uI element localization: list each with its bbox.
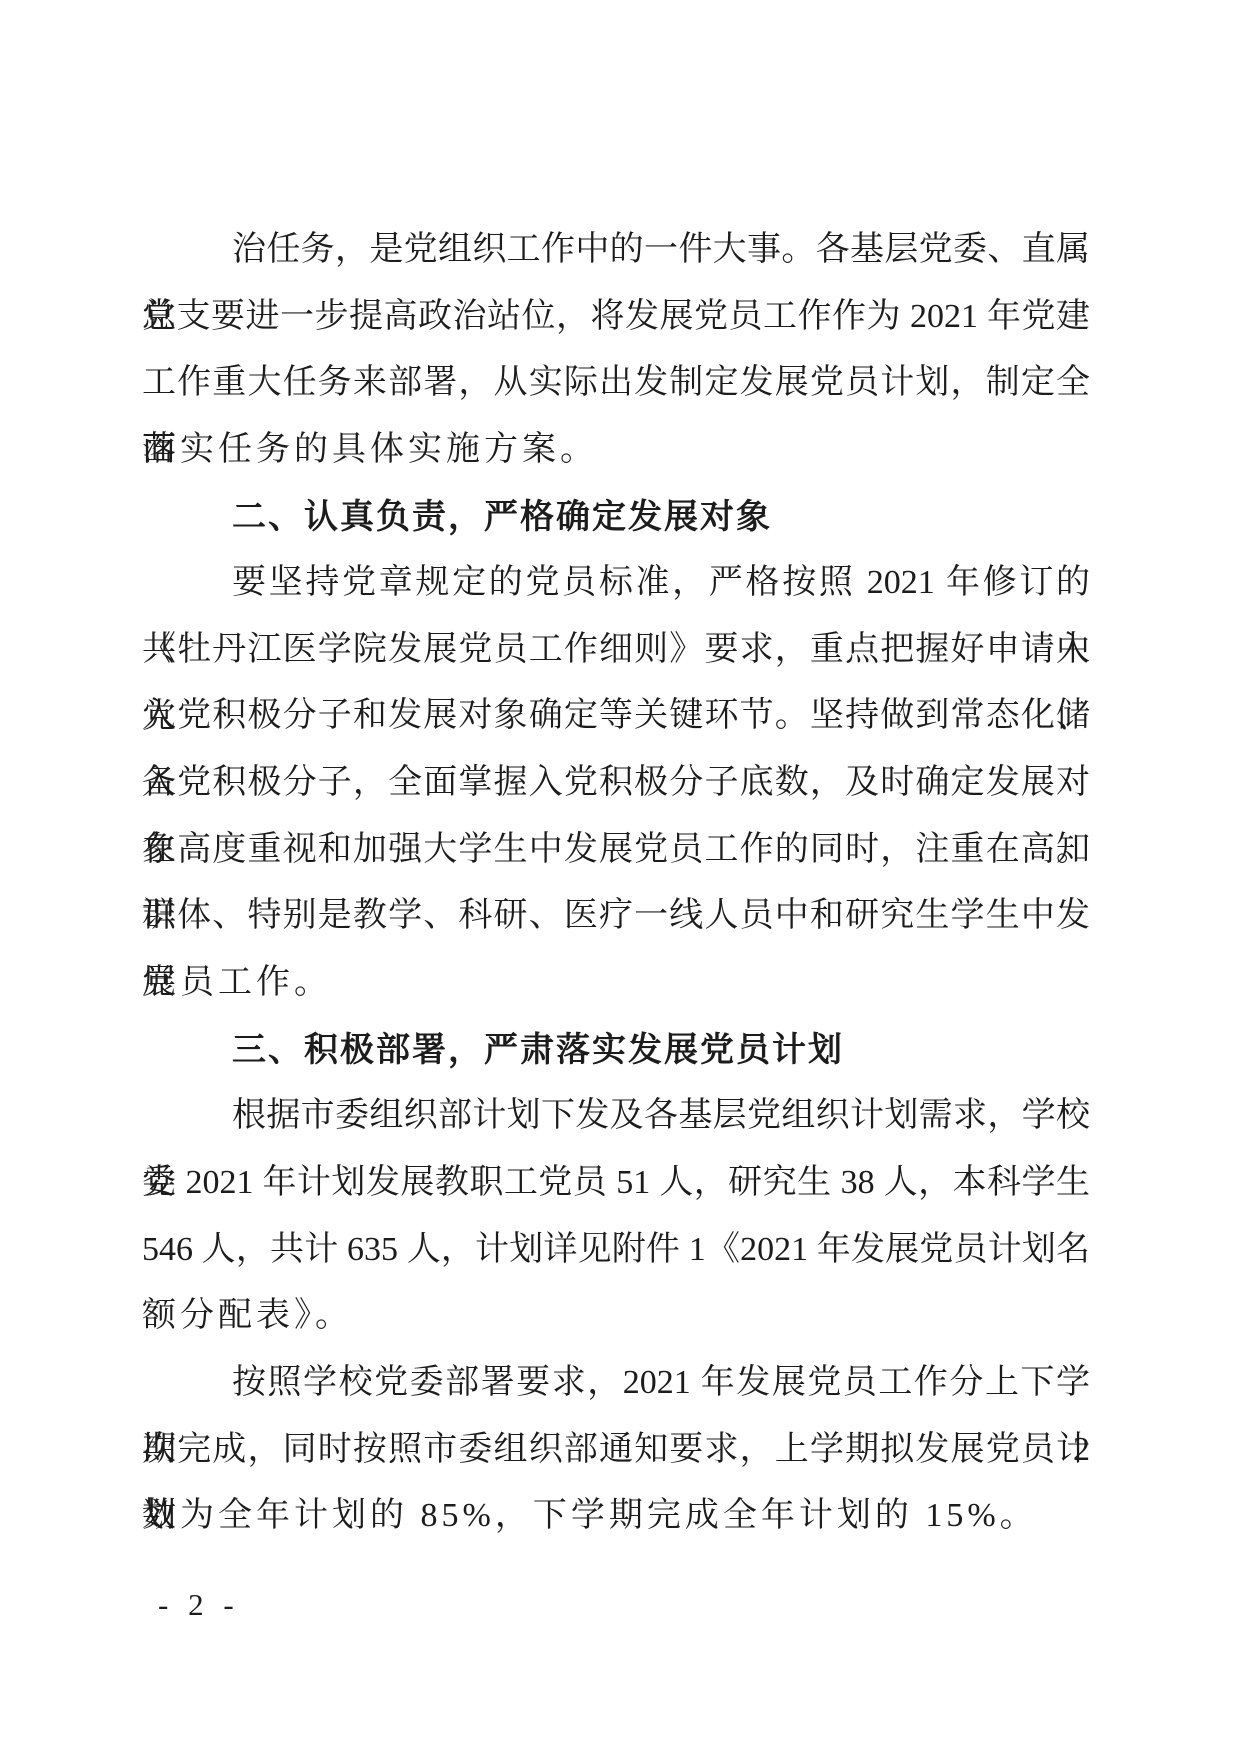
page-number: - 2 - — [158, 1585, 234, 1625]
paragraph-line: 根据市委组织部计划下发及各基层党组织计划需求，学校党 — [142, 1083, 1090, 1150]
paragraph-line: 在高度重视和加强大学生中发展党员工作的同时，注重在高知识 — [142, 817, 1090, 884]
paragraph-line: 共牡丹江医学院发展党员工作细则》要求，重点把握好申请入党、 — [142, 617, 1090, 684]
section-heading: 二、认真负责，严格确定发展对象 — [142, 484, 1090, 551]
paragraph-line: 工作重大任务来部署，从实际出发制定发展党员计划，制定全面 — [142, 350, 1090, 417]
document-page: 治任务，是党组织工作中的一件大事。各基层党委、直属党总支要进一步提高政治站位，将… — [0, 0, 1240, 1754]
paragraph-line: 数为全年计划的 85%，下学期完成全年计划的 15%。 — [142, 1483, 1090, 1550]
paragraph-line: 按照学校党委部署要求，2021 年发展党员工作分上下学期 2 — [142, 1350, 1090, 1417]
paragraph-line: 群体、特别是教学、科研、医疗一线人员中和研究生学生中发展 — [142, 883, 1090, 950]
section-heading: 三、积极部署，严肃落实发展党员计划 — [142, 1017, 1090, 1084]
paragraph-line: 入党积极分子，全面掌握入党积极分子底数，及时确定发展对象。 — [142, 750, 1090, 817]
paragraph-line: 要坚持党章规定的党员标准，严格按照 2021 年修订的《中 — [142, 550, 1090, 617]
document-body: 治任务，是党组织工作中的一件大事。各基层党委、直属党总支要进一步提高政治站位，将… — [142, 217, 1090, 1550]
paragraph-line: 入党积极分子和发展对象确定等关键环节。坚持做到常态化储备 — [142, 683, 1090, 750]
paragraph-line: 落实任务的具体实施方案。 — [142, 417, 1090, 484]
paragraph-line: 治任务，是党组织工作中的一件大事。各基层党委、直属党 — [142, 217, 1090, 284]
paragraph-line: 委 2021 年计划发展教职工党员 51 人，研究生 38 人，本科学生 — [142, 1150, 1090, 1217]
paragraph-line: 546 人，共计 635 人，计划详见附件 1《2021 年发展党员计划名 — [142, 1217, 1090, 1284]
paragraph-line: 党员工作。 — [142, 950, 1090, 1017]
paragraph-line: 总支要进一步提高政治站位，将发展党员工作作为 2021 年党建 — [142, 284, 1090, 351]
paragraph-line: 次完成，同时按照市委组织部通知要求，上学期拟发展党员计划 — [142, 1417, 1090, 1484]
paragraph-line: 额分配表》。 — [142, 1283, 1090, 1350]
